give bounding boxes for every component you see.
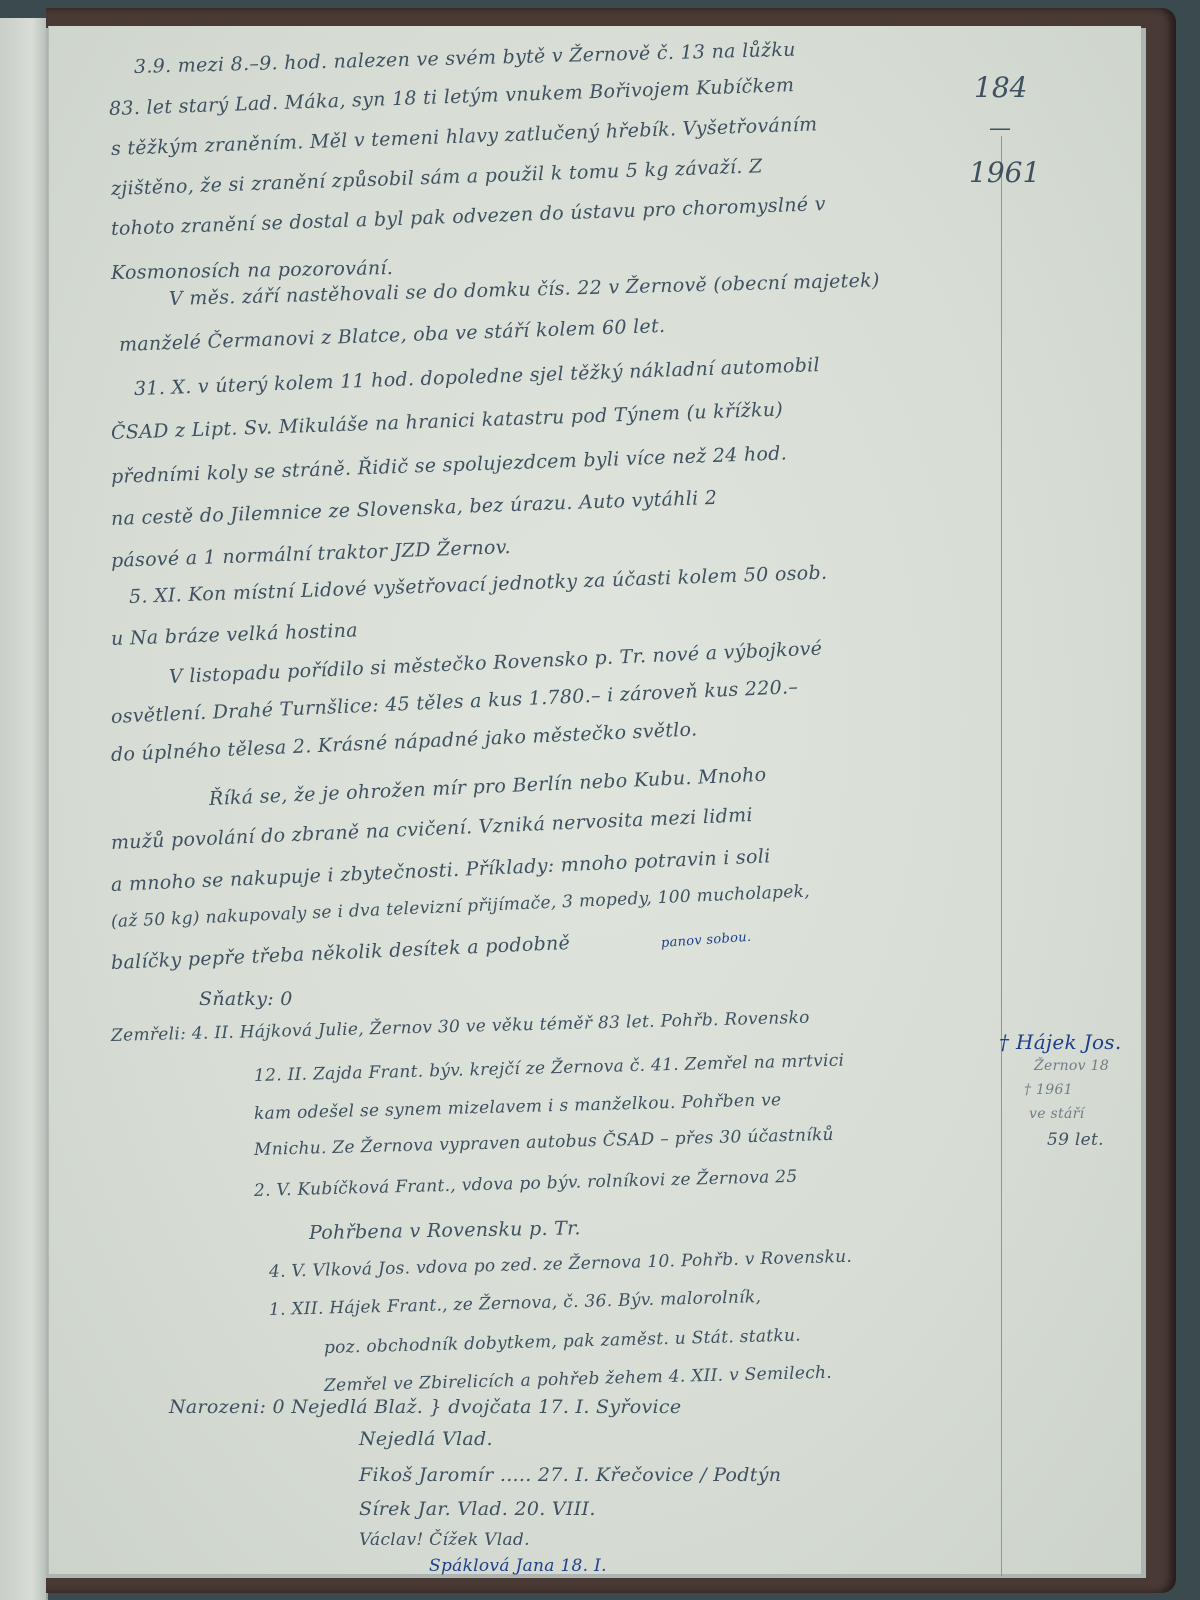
pencil-note: ve stáří [1029,1106,1084,1122]
margin-rule [1001,136,1002,1576]
text-line: 83. let starý Lad. Máka, syn 18 ti letým… [109,74,795,120]
text-line: předními koly se stráně. Řidič se spoluj… [111,442,788,488]
text-line: Kosmonosích na pozorování. [111,257,393,284]
births-line: Václav! Čížek Vlad. [359,1530,530,1550]
text-line: u Na bráze velká hostina [111,619,359,650]
text-line: do úplného tělesa 2. Krásné nápadné jako… [111,718,698,766]
margin-separator: — [989,116,1011,141]
births-line-blue: Spáklová Jana 18. I. [429,1556,607,1576]
births-line: Nejedlá Vlad. [359,1428,493,1450]
text-line: s těžkým zraněním. Měl v temeni hlavy za… [111,113,818,160]
year: 1961 [969,156,1040,189]
deaths-line: 2. V. Kubíčková Frant., vdova po býv. ro… [254,1167,798,1201]
births-line: Sírek Jar. Vlad. 20. VIII. [359,1498,596,1520]
text-line: zjištěno, že si zranění způsobil sám a p… [111,155,763,200]
deaths-line: 1. XII. Hájek Frant., ze Žernova, č. 36.… [269,1287,762,1320]
left-page-edge [0,18,48,1600]
text-line: 3.9. mezi 8.–9. hod. nalezen ve svém byt… [134,39,796,78]
deaths-line: 4. V. Vlková Jos. vdova po zed. ze Žerno… [269,1247,853,1282]
blue-inline-annotation: panov sobou. [660,930,751,951]
pencil-note: 59 let. [1047,1130,1104,1150]
text-line: ČSAD z Lipt. Sv. Mikuláše na hranici kat… [111,399,784,444]
pencil-note: † 1961 [1024,1082,1073,1098]
margin-name-annotation: † Hájek Jos. [999,1030,1122,1054]
text-line: tohoto zranění se dostal a byl pak odvez… [111,193,826,240]
deaths-line: Zemřel ve Zbirelicích a pohřeb žehem 4. … [324,1363,833,1396]
text-line: Říká se, že je ohrožen mír pro Berlín ne… [209,764,767,810]
page-number: 184 [974,71,1027,104]
text-line: 5. XI. Kon místní Lidové vyšetřovací jed… [129,562,828,608]
deaths-line: Zemřeli: 4. II. Hájková Julie, Žernov 30… [111,1008,810,1046]
chronicle-page: 184 — 1961 3.9. mezi 8.–9. hod. nalezen … [48,26,1141,1574]
deaths-line: Pohřbena v Rovensku p. Tr. [309,1217,581,1244]
deaths-line: 12. II. Zajda Frant. býv. krejčí ze Žern… [254,1051,845,1086]
text-line: 31. X. v úterý kolem 11 hod. dopoledne s… [134,354,821,400]
text-line: balíčky pepře třeba několik desítek a po… [111,932,571,974]
text-line: mužů povolání do zbraně na cvičení. Vzni… [111,804,754,854]
births-line: Fikoš Jaromír ..... 27. I. Křečovice / P… [359,1464,781,1486]
deaths-line: Mnichu. Ze Žernova vypraven autobus ČSAD… [254,1125,834,1160]
births-line: Narozeni: 0 Nejedlá Blaž. } dvojčata 17.… [169,1396,681,1418]
pencil-note: Žernov 18 [1034,1058,1109,1074]
marriages-heading: Sňatky: 0 [199,988,293,1010]
text-line: manželé Čermanovi z Blatce, oba ve stáří… [119,315,666,356]
text-line: na cestě do Jilemnice ze Slovenska, bez … [111,487,718,530]
deaths-line: poz. obchodník dobytkem, pak zaměst. u S… [324,1326,802,1358]
deaths-line: kam odešel se synem mizelavem i s manžel… [254,1090,782,1124]
text-line: pásové a 1 normální traktor JZD Žernov. [111,536,512,572]
